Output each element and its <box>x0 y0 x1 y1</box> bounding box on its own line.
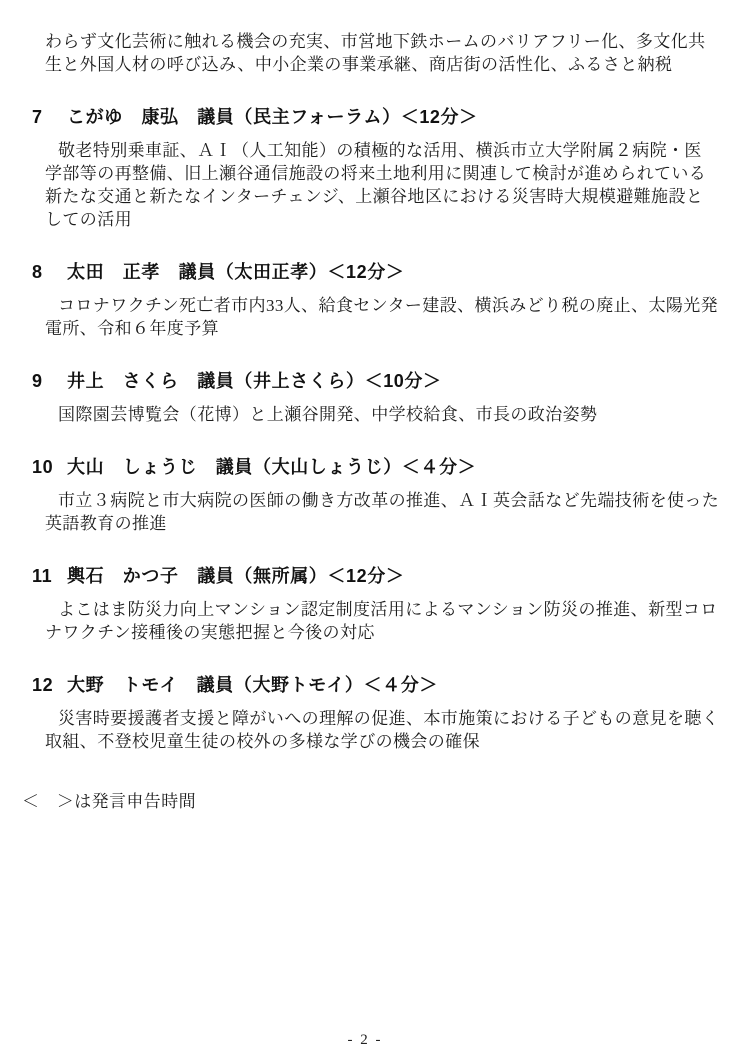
body-line: しての活用 <box>45 208 704 231</box>
section-heading-text: 太田 正孝 議員（太田正孝）＜12分＞ <box>67 262 404 282</box>
section-number: 8 <box>32 261 67 284</box>
section-heading-text: 大野 トモイ 議員（大野トモイ）＜４分＞ <box>67 675 438 695</box>
page-number: - 2 - <box>0 1032 730 1049</box>
body-line: 英語教育の推進 <box>45 512 704 535</box>
section-heading: 8太田 正孝 議員（太田正孝）＜12分＞ <box>32 261 704 284</box>
section-heading-text: 井上 さくら 議員（井上さくら）＜10分＞ <box>67 371 442 391</box>
section-body: 敬老特別乗車証、ＡＩ（人工知能）の積極的な活用、横浜市立大学附属２病院・医学部等… <box>45 139 704 231</box>
body-line: 敬老特別乗車証、ＡＩ（人工知能）の積極的な活用、横浜市立大学附属２病院・医 <box>45 139 704 162</box>
paragraph-line: わらず文化芸術に触れる機会の充実、市営地下鉄ホームのバリアフリー化、多文化共 <box>45 30 704 53</box>
section-number: 7 <box>32 106 67 129</box>
section-heading: 11輿石 かつ子 議員（無所属）＜12分＞ <box>32 565 704 588</box>
section: 12大野 トモイ 議員（大野トモイ）＜４分＞災害時要援護者支援と障がいへの理解の… <box>22 674 704 753</box>
section: 8太田 正孝 議員（太田正孝）＜12分＞コロナワクチン死亡者市内33人、給食セン… <box>22 261 704 340</box>
section-heading-text: 大山 しょうじ 議員（大山しょうじ）＜４分＞ <box>67 457 476 477</box>
section-heading: 12大野 トモイ 議員（大野トモイ）＜４分＞ <box>32 674 704 697</box>
body-line: 市立３病院と市大病院の医師の働き方改革の推進、ＡＩ英会話など先端技術を使った <box>45 489 704 512</box>
section-body: コロナワクチン死亡者市内33人、給食センター建設、横浜みどり税の廃止、太陽光発電… <box>45 294 704 340</box>
body-line: 電所、令和６年度予算 <box>45 317 704 340</box>
section-heading: 7こがゆ 康弘 議員（民主フォーラム）＜12分＞ <box>32 106 704 129</box>
section-body: 国際園芸博覧会（花博）と上瀬谷開発、中学校給食、市長の政治姿勢 <box>45 403 704 426</box>
body-line: ナワクチン接種後の実態把握と今後の対応 <box>45 621 704 644</box>
footnote: ＜ ＞は発言申告時間 <box>22 790 704 813</box>
section-heading-text: 輿石 かつ子 議員（無所属）＜12分＞ <box>67 566 404 586</box>
continuation-paragraph: わらず文化芸術に触れる機会の充実、市営地下鉄ホームのバリアフリー化、多文化共生と… <box>45 30 704 76</box>
section-body: 災害時要援護者支援と障がいへの理解の促進、本市施策における子どもの意見を聴く取組… <box>45 707 704 753</box>
body-line: 新たな交通と新たなインターチェンジ、上瀬谷地区における災害時大規模避難施設と <box>45 185 704 208</box>
section-number: 11 <box>32 565 67 588</box>
section: 11輿石 かつ子 議員（無所属）＜12分＞よこはま防災力向上マンション認定制度活… <box>22 565 704 644</box>
paragraph-line: 生と外国人材の呼び込み、中小企業の事業承継、商店街の活性化、ふるさと納税 <box>45 53 704 76</box>
body-line: よこはま防災力向上マンション認定制度活用によるマンション防災の推進、新型コロ <box>45 598 704 621</box>
body-line: 取組、不登校児童生徒の校外の多様な学びの機会の確保 <box>45 730 704 753</box>
section-heading: 9井上 さくら 議員（井上さくら）＜10分＞ <box>32 370 704 393</box>
section-number: 9 <box>32 370 67 393</box>
section-heading: 10大山 しょうじ 議員（大山しょうじ）＜４分＞ <box>32 456 704 479</box>
section-number: 12 <box>32 674 67 697</box>
section-body: 市立３病院と市大病院の医師の働き方改革の推進、ＡＩ英会話など先端技術を使った英語… <box>45 489 704 535</box>
section: 9井上 さくら 議員（井上さくら）＜10分＞国際園芸博覧会（花博）と上瀬谷開発、… <box>22 370 704 426</box>
sections: 7こがゆ 康弘 議員（民主フォーラム）＜12分＞敬老特別乗車証、ＡＩ（人工知能）… <box>22 106 704 753</box>
body-line: 災害時要援護者支援と障がいへの理解の促進、本市施策における子どもの意見を聴く <box>45 707 704 730</box>
section-body: よこはま防災力向上マンション認定制度活用によるマンション防災の推進、新型コロナワ… <box>45 598 704 644</box>
body-line: 学部等の再整備、旧上瀬谷通信施設の将来土地利用に関連して検討が進められている <box>45 162 704 185</box>
document-page: わらず文化芸術に触れる機会の充実、市営地下鉄ホームのバリアフリー化、多文化共生と… <box>0 0 730 1062</box>
body-line: 国際園芸博覧会（花博）と上瀬谷開発、中学校給食、市長の政治姿勢 <box>45 403 704 426</box>
section: 10大山 しょうじ 議員（大山しょうじ）＜４分＞市立３病院と市大病院の医師の働き… <box>22 456 704 535</box>
section-number: 10 <box>32 456 67 479</box>
section: 7こがゆ 康弘 議員（民主フォーラム）＜12分＞敬老特別乗車証、ＡＩ（人工知能）… <box>22 106 704 231</box>
section-heading-text: こがゆ 康弘 議員（民主フォーラム）＜12分＞ <box>67 107 478 127</box>
body-line: コロナワクチン死亡者市内33人、給食センター建設、横浜みどり税の廃止、太陽光発 <box>45 294 704 317</box>
